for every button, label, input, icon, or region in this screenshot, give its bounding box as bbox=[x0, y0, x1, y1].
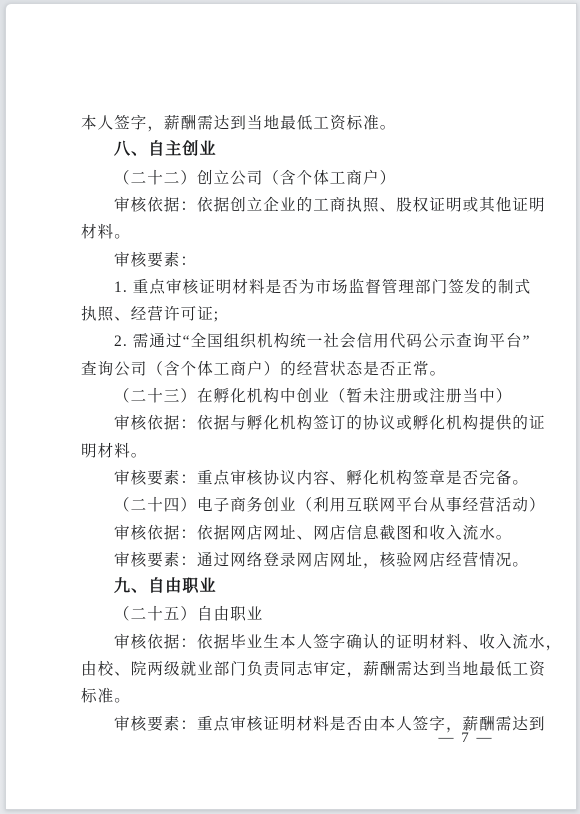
text-line: 审核要素：重点审核协议内容、孵化机构签章是否完备。 bbox=[114, 471, 529, 487]
text-line: 查询公司（含个体工商户）的经营状态是否正常。 bbox=[81, 362, 446, 378]
text-line: 审核要素： bbox=[114, 253, 197, 269]
text-line: 执照、经营许可证; bbox=[81, 307, 219, 323]
document-page: 本人签字，薪酬需达到当地最低工资标准。 八、自主创业 （二十二）创立公司（含个体… bbox=[5, 3, 577, 810]
clause-heading: （二十五）自由职业 bbox=[114, 607, 263, 623]
text-line: 审核依据：依据与孵化机构签订的协议或孵化机构提供的证 bbox=[114, 416, 546, 432]
text-line: 由校、院两级就业部门负责同志审定，薪酬需达到当地最低工资 bbox=[81, 662, 546, 678]
text-line: 明材料。 bbox=[81, 444, 147, 460]
text-line: 本人签字，薪酬需达到当地最低工资标准。 bbox=[81, 116, 396, 132]
page-number: — 7 — bbox=[426, 730, 506, 747]
text-line: 标准。 bbox=[81, 689, 131, 705]
text-line: 审核依据：依据毕业生本人签字确认的证明材料、收入流水， bbox=[114, 635, 562, 651]
section-heading: 八、自主创业 bbox=[114, 142, 217, 158]
text-line: 审核要素：通过网络登录网店网址，核验网店经营情况。 bbox=[114, 553, 529, 569]
text-line: 材料。 bbox=[81, 225, 131, 241]
text-line: 审核依据：依据创立企业的工商执照、股权证明或其他证明 bbox=[114, 198, 546, 214]
clause-heading: （二十三）在孵化机构中创业（暂未注册或注册当中） bbox=[114, 389, 512, 405]
clause-heading: （二十四）电子商务创业（利用互联网平台从事经营活动） bbox=[114, 498, 546, 514]
list-item: 1. 重点审核证明材料是否为市场监督管理部门签发的制式 bbox=[114, 280, 531, 296]
list-item: 2. 需通过“全国组织机构统一社会信用代码公示查询平台” bbox=[114, 334, 531, 350]
section-heading: 九、自由职业 bbox=[114, 579, 217, 595]
clause-heading: （二十二）创立公司（含个体工商户） bbox=[114, 171, 396, 187]
text-line: 审核依据：依据网店网址、网店信息截图和收入流水。 bbox=[114, 526, 512, 542]
